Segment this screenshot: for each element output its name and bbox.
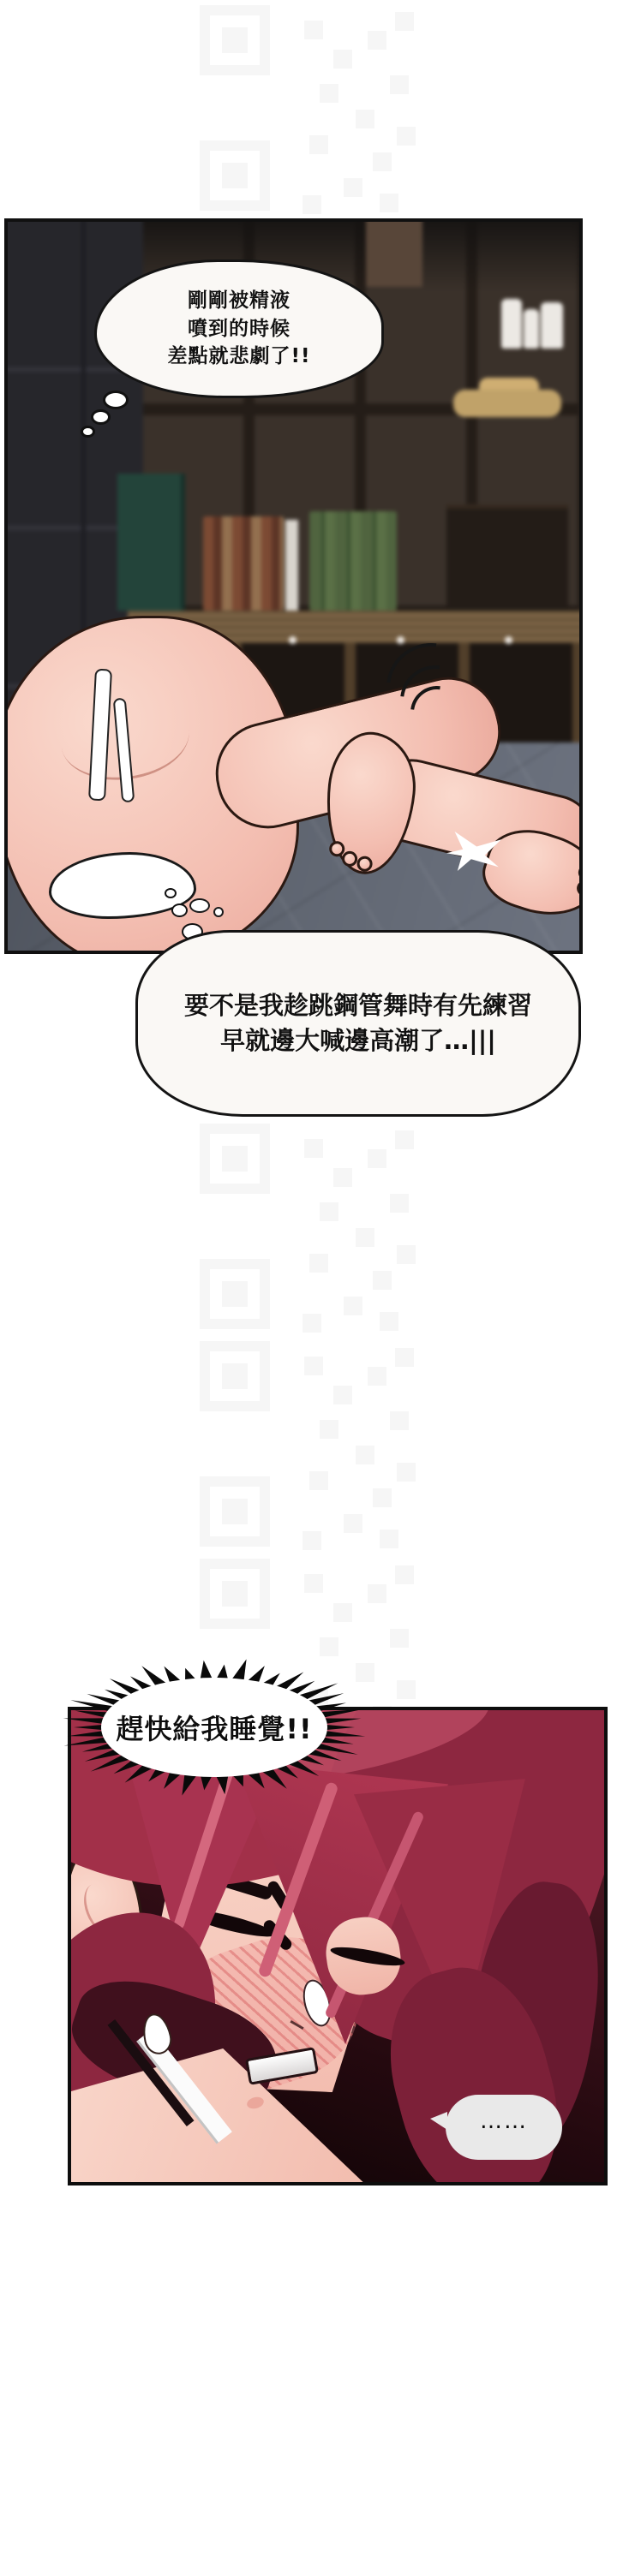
dark-crate (446, 504, 568, 615)
splash-dot (213, 907, 224, 917)
green-cabinet (117, 474, 185, 611)
comic-page: 剛剛被精液 噴到的時候 差點就悲劇了!! 要不是我趁跳鋼管舞時有先練習 早就邊大… (0, 0, 617, 2576)
bubble-text-line: 要不是我趁跳鋼管舞時有先練習 (184, 988, 532, 1023)
thought-trail-dot (103, 391, 129, 409)
white-bottle (524, 309, 539, 349)
speech-burst: 趕快給我睡覺!! (30, 1646, 398, 1809)
bubble-text-line: 差點就悲劇了!! (168, 343, 311, 371)
ellipsis-bubble-tail (430, 2112, 447, 2130)
thought-bubble-bottom: 要不是我趁跳鋼管舞時有先練習 早就邊大喊邊高潮了…||| (135, 930, 581, 1117)
wood-pillar (366, 218, 422, 287)
thought-trail-dot (171, 903, 188, 917)
ellipsis-bubble: …… (446, 2095, 562, 2160)
splash-dot (189, 898, 210, 913)
white-bottle (541, 302, 563, 349)
toe (575, 879, 583, 898)
bubble-text-line: 早就邊大喊邊高潮了…||| (220, 1023, 496, 1058)
thought-trail-dot (91, 409, 111, 425)
qr-watermark (200, 5, 419, 219)
book-row (203, 516, 284, 611)
shelf-item (453, 390, 561, 417)
thought-trail-dot (81, 426, 95, 438)
drawer-knob (397, 636, 404, 644)
burst-text: 趕快給我睡覺!! (69, 1646, 360, 1809)
bubble-text-line: 剛剛被精液 (188, 287, 291, 315)
ellipsis-text: …… (480, 2108, 528, 2134)
qr-watermark (200, 1341, 419, 1555)
toe (356, 856, 374, 873)
toe (577, 863, 583, 883)
drawer-knob (289, 636, 297, 644)
white-book (285, 520, 298, 611)
thought-bubble-top: 剛剛被精液 噴到的時候 差點就悲劇了!! (94, 259, 384, 398)
green-book-row (309, 511, 397, 611)
drawer-knob (505, 636, 512, 644)
bubble-text-line: 噴到的時候 (188, 315, 291, 343)
thought-trail-dot (165, 888, 177, 898)
qr-watermark (200, 1124, 419, 1338)
white-bottle (501, 299, 522, 349)
